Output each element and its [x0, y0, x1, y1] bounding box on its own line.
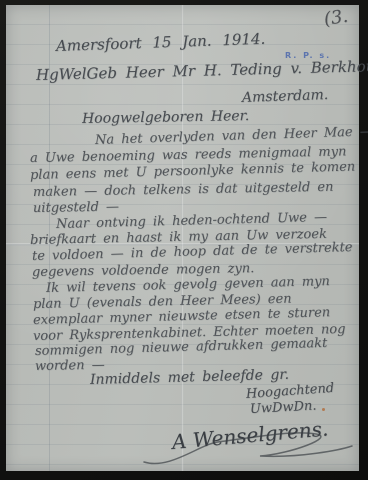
- page-number-mark: (3.: [323, 6, 350, 30]
- salutation: Hoogwelgeboren Heer.: [82, 108, 250, 127]
- addressee-city: Amsterdam.: [242, 87, 329, 106]
- paper-speck: [322, 408, 325, 411]
- body-line: uitgesteld —: [33, 200, 119, 216]
- scanned-letter-photo: (3. Amersfoort 15 Jan. 1914. R. P. s. Hg…: [0, 0, 368, 480]
